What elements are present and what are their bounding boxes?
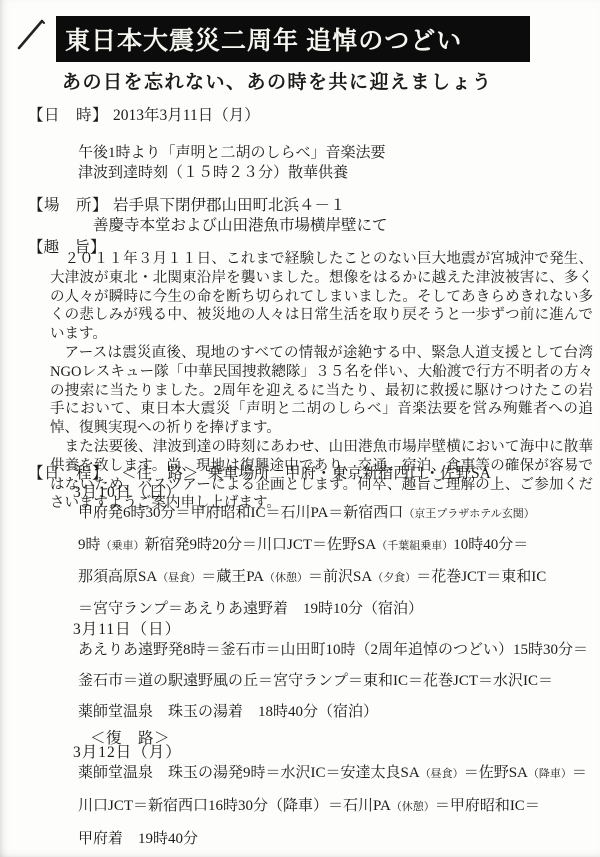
purpose-paragraph: ２０１１年３月１１日、これまで経験したことのない巨大地震が宮城沖で発生、大津波が…: [50, 250, 593, 344]
day-date: 3月10日（日）: [73, 484, 546, 501]
schedule-line: 釜石市＝道の駅遠野風の丘＝宮守ランプ＝東和IC＝花巻JCT＝水沢IC＝: [78, 673, 588, 689]
annotation-slash-mark: [14, 16, 50, 52]
day-block-outbound-1: 3月10日（日） 甲府発6時30分＝甲府昭和IC＝石川PA＝新宿西口（京王プラザ…: [73, 484, 546, 632]
place-venue: 善慶寺本堂および山田港魚市場横岸壁にて: [93, 216, 388, 236]
schedule-line: あえりあ遠野発8時＝釜石市＝山田町10時（2周年追悼のつどい）15時30分＝: [78, 642, 588, 658]
schedule-line: 9時（乗車）新宿発9時20分＝川口JCT＝佐野SA（千葉組乗車）10時40分＝: [78, 537, 546, 554]
purpose-paragraph: アースは震災直後、現地のすべての情報が途絶する中、緊急人道支援として台湾NGOレ…: [50, 344, 593, 438]
place-row: 【場 所】岩手県下閉伊郡山田町北浜４－１: [28, 196, 388, 216]
section-place: 【場 所】岩手県下閉伊郡山田町北浜４－１ 善慶寺本堂および山田港魚市場横岸壁にて: [28, 196, 388, 236]
day-date: 3月11日（日）: [73, 621, 588, 638]
day-date: 3月12日（月）: [73, 744, 587, 761]
subtitle: あの日を忘れない、あの時を共に迎えましょう: [62, 67, 493, 94]
datetime-details: 午後1時より「声明と二胡のしらべ」音楽法要 津波到達時刻（１５時２３分）散華供養: [78, 143, 386, 183]
section-datetime: 【日 時】2013年3月11日（月）: [28, 103, 260, 125]
schedule-line: ＝宮守ランプ＝あえりあ遠野着 19時10分（宿泊）: [78, 601, 546, 617]
outbound-label: ＜往 路＞: [121, 465, 199, 482]
schedule-line: 川口JCT＝新宿西口16時30分（降車）＝石川PA（休憩）＝甲府昭和IC＝: [78, 798, 587, 815]
datetime-detail-line: 午後1時より「声明と二胡のしらべ」音楽法要: [78, 143, 386, 163]
schedule-line: 甲府着 19時40分: [78, 831, 587, 847]
place-address: 岩手県下閉伊郡山田町北浜４－１: [113, 197, 346, 214]
day-block-outbound-2: 3月11日（日） あえりあ遠野発8時＝釜石市＝山田町10時（2周年追悼のつどい）…: [73, 621, 588, 735]
itinerary-header: 【日 程】＜往 路＞乗車場所 甲府・東京新宿西口・佐野SA: [28, 461, 491, 483]
datetime-detail-line: 津波到達時刻（１５時２３分）散華供養: [78, 163, 386, 183]
day-block-return: 3月12日（月） 薬師堂温泉 珠玉の湯発9時＝水沢IC＝安達太良SA（昼食）＝佐…: [73, 744, 587, 857]
schedule-line: 甲府発6時30分＝甲府昭和IC＝石川PA＝新宿西口（京王プラザホテル玄関）: [78, 505, 546, 522]
datetime-value: 2013年3月11日（月）: [113, 107, 260, 124]
datetime-label: 【日 時】: [28, 107, 108, 124]
schedule-line: 那須高原SA（昼食）＝蔵王PA（休憩）＝前沢SA（夕食）＝花巻JCT＝東和IC: [78, 569, 546, 586]
title-banner: 東日本大震災二周年 追悼のつどい: [56, 16, 530, 62]
itinerary-label: 【日 程】: [28, 465, 108, 482]
place-label: 【場 所】: [28, 197, 108, 214]
boarding-info: 乗車場所 甲府・東京新宿西口・佐野SA: [208, 465, 491, 482]
page-title: 東日本大震災二周年 追悼のつどい: [65, 21, 462, 57]
flyer-page: 東日本大震災二周年 追悼のつどい あの日を忘れない、あの時を共に迎えましょう 【…: [0, 0, 600, 857]
schedule-line: 薬師堂温泉 珠玉の湯着 18時40分（宿泊）: [78, 704, 588, 720]
schedule-line: 薬師堂温泉 珠玉の湯発9時＝水沢IC＝安達太良SA（昼食）＝佐野SA（降車）＝: [78, 765, 587, 782]
